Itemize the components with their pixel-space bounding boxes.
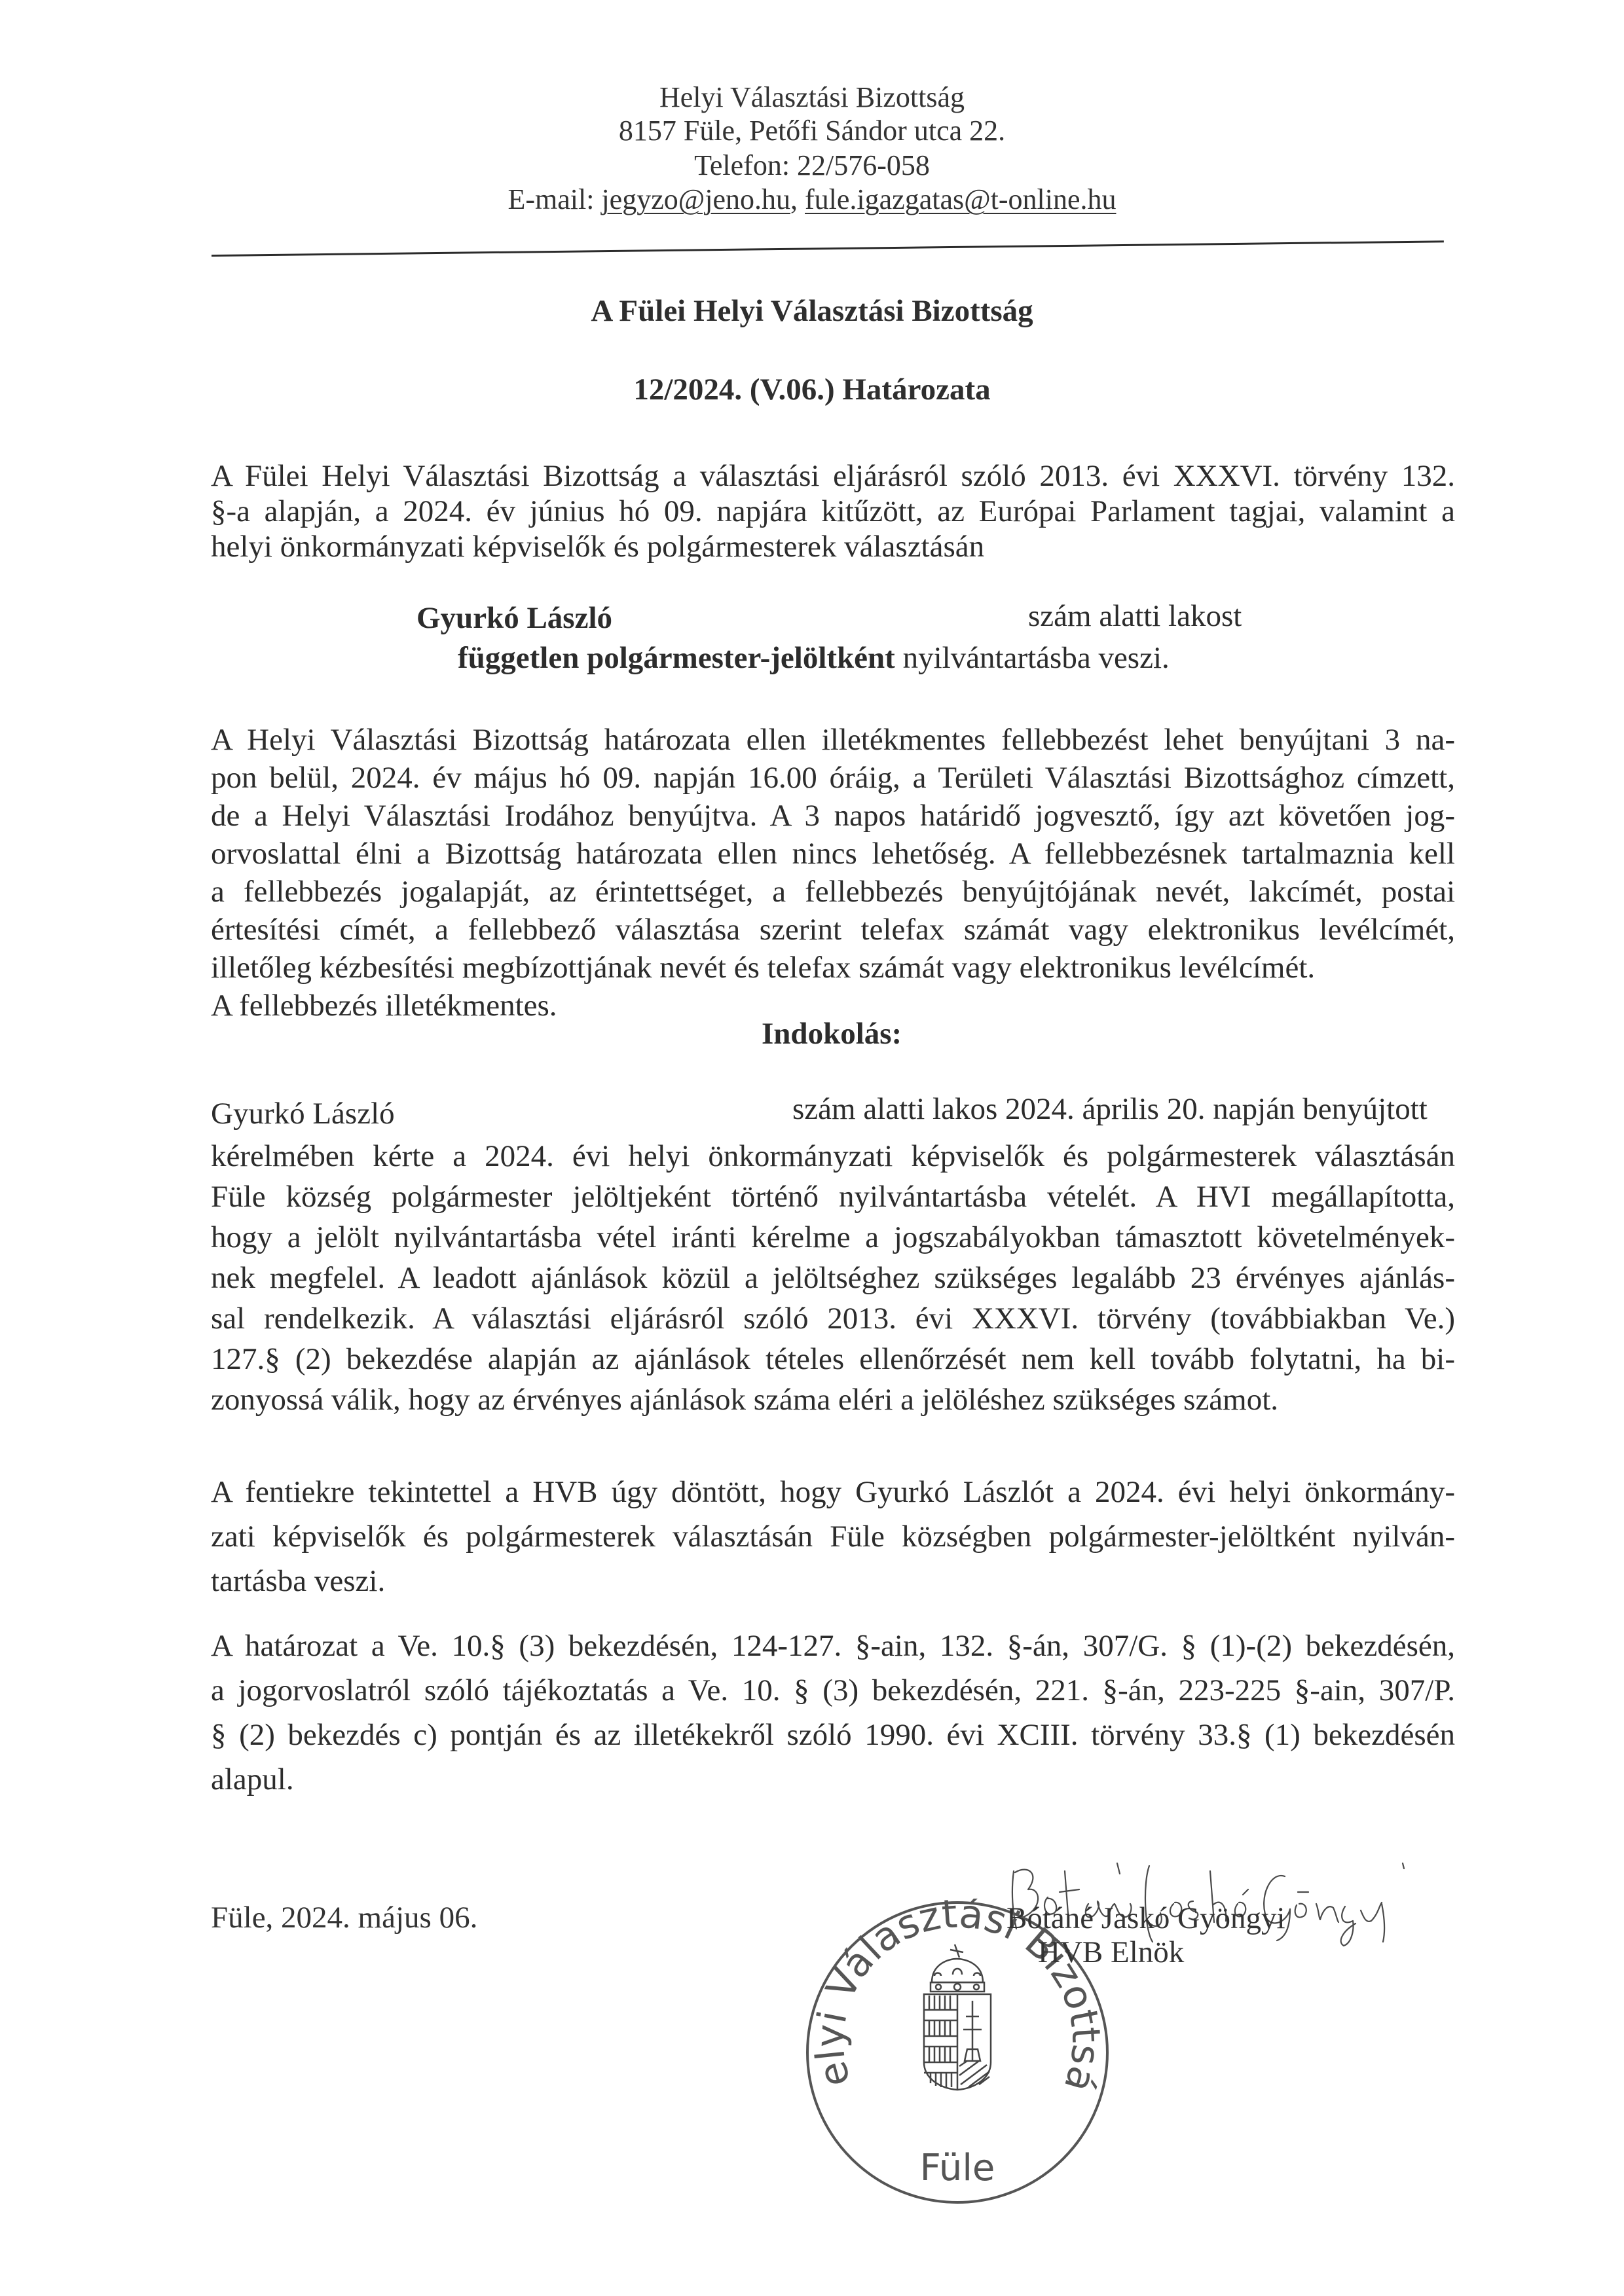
- reasoning-line: Füle község polgármester jelöltjeként tö…: [211, 1176, 1455, 1217]
- reasoning-first-rest: szám alatti lakos 2024. április 20. napj…: [792, 1091, 1428, 1127]
- appeal-line: illetőleg kézbesítési megbízottjának nev…: [211, 949, 1455, 987]
- document-title: A Fülei Helyi Választási Bizottság: [0, 293, 1624, 329]
- letterhead-phone: Telefon: 22/576-058: [0, 151, 1624, 180]
- appeal-paragraph: A Helyi Választási Bizottság határozata …: [211, 721, 1455, 1025]
- reasoning-heading: Indokolás:: [762, 1016, 902, 1051]
- reasoning-first-name: Gyurkó László: [211, 1096, 395, 1131]
- appeal-line: a fellebbezés jogalapját, az érintettség…: [211, 873, 1455, 911]
- appeal-line: A Helyi Választási Bizottság határozata …: [211, 721, 1455, 759]
- reasoning-line: kérelmében kérte a 2024. évi helyi önkor…: [211, 1136, 1455, 1176]
- legal-basis-line: alapul.: [211, 1757, 1455, 1802]
- signatory-name: Bótáné Jaskó Gyöngyi: [1006, 1901, 1285, 1936]
- letterhead-address: 8157 Füle, Petőfi Sándor utca 22.: [0, 117, 1624, 145]
- appeal-line: orvoslattal élni a Bizottság határozata …: [211, 835, 1455, 873]
- appeal-line: értesítési címét, a fellebbező választás…: [211, 911, 1455, 949]
- reasoning-line: nek megfelel. A leadott ajánlások közül …: [211, 1258, 1455, 1298]
- reasoning-line: hogy a jelölt nyilvántartásba vétel irán…: [211, 1217, 1455, 1258]
- reasoning-line: zonyossá válik, hogy az érvényes ajánlás…: [211, 1379, 1455, 1420]
- intro-line: §-a alapján, a 2024. év június hó 09. na…: [211, 494, 1455, 529]
- reasoning-line: 127.§ (2) bekezdése alapján az ajánlások…: [211, 1339, 1455, 1379]
- legal-basis-line: a jogorvoslatról szóló tájékoztatás a Ve…: [211, 1668, 1455, 1713]
- email-link-fule-igazgatas[interactable]: fule.igazgatas@t-online.hu: [805, 183, 1116, 215]
- conclusion-line: zati képviselők és polgármesterek válasz…: [211, 1514, 1455, 1559]
- conclusion-line: tartásba veszi.: [211, 1559, 1455, 1603]
- header-divider: [212, 240, 1444, 257]
- decision-role: független polgármester-jelöltként: [458, 641, 895, 675]
- reasoning-paragraph: kérelmében kérte a 2024. évi helyi önkor…: [211, 1136, 1455, 1420]
- stamp-bottom-text: Füle: [920, 2147, 995, 2189]
- place-date: Füle, 2024. május 06.: [211, 1900, 477, 1935]
- legal-basis-line: § (2) bekezdés c) pontján és az illetéke…: [211, 1713, 1455, 1757]
- legal-basis-line: A határozat a Ve. 10.§ (3) bekezdésén, 1…: [211, 1624, 1455, 1668]
- email-label: E-mail:: [507, 183, 601, 215]
- letterhead-email-line: E-mail: jegyzo@jeno.hu, fule.igazgatas@t…: [0, 185, 1624, 214]
- email-link-jegyzo[interactable]: jegyzo@jeno.hu: [601, 183, 790, 215]
- conclusion-line: A fentiekre tekintettel a HVB úgy döntöt…: [211, 1470, 1455, 1514]
- intro-line: A Fülei Helyi Választási Bizottság a vál…: [211, 458, 1455, 494]
- email-separator: ,: [790, 183, 805, 215]
- appeal-line: pon belül, 2024. év május hó 09. napján …: [211, 759, 1455, 797]
- conclusion-paragraph: A fentiekre tekintettel a HVB úgy döntöt…: [211, 1470, 1455, 1603]
- reasoning-line: sal rendelkezik. A választási eljárásról…: [211, 1298, 1455, 1339]
- candidate-name: Gyurkó László: [416, 600, 612, 636]
- decision-statement: független polgármester-jelöltként nyilvá…: [458, 640, 1170, 676]
- resolution-number: 12/2024. (V.06.) Határozata: [0, 372, 1624, 407]
- appeal-line: de a Helyi Választási Irodához benyújtva…: [211, 797, 1455, 835]
- signatory-title: HVB Elnök: [1038, 1935, 1184, 1970]
- intro-line: helyi önkormányzati képviselők és polgár…: [211, 529, 1455, 564]
- decision-action: nyilvántartásba veszi.: [895, 641, 1170, 675]
- coat-of-arms-icon: [924, 1944, 991, 2090]
- candidate-address-suffix: szám alatti lakost: [1028, 598, 1242, 634]
- letterhead-org: Helyi Választási Bizottság: [0, 83, 1624, 112]
- legal-basis-paragraph: A határozat a Ve. 10.§ (3) bekezdésén, 1…: [211, 1624, 1455, 1802]
- intro-paragraph: A Fülei Helyi Választási Bizottság a vál…: [211, 458, 1455, 564]
